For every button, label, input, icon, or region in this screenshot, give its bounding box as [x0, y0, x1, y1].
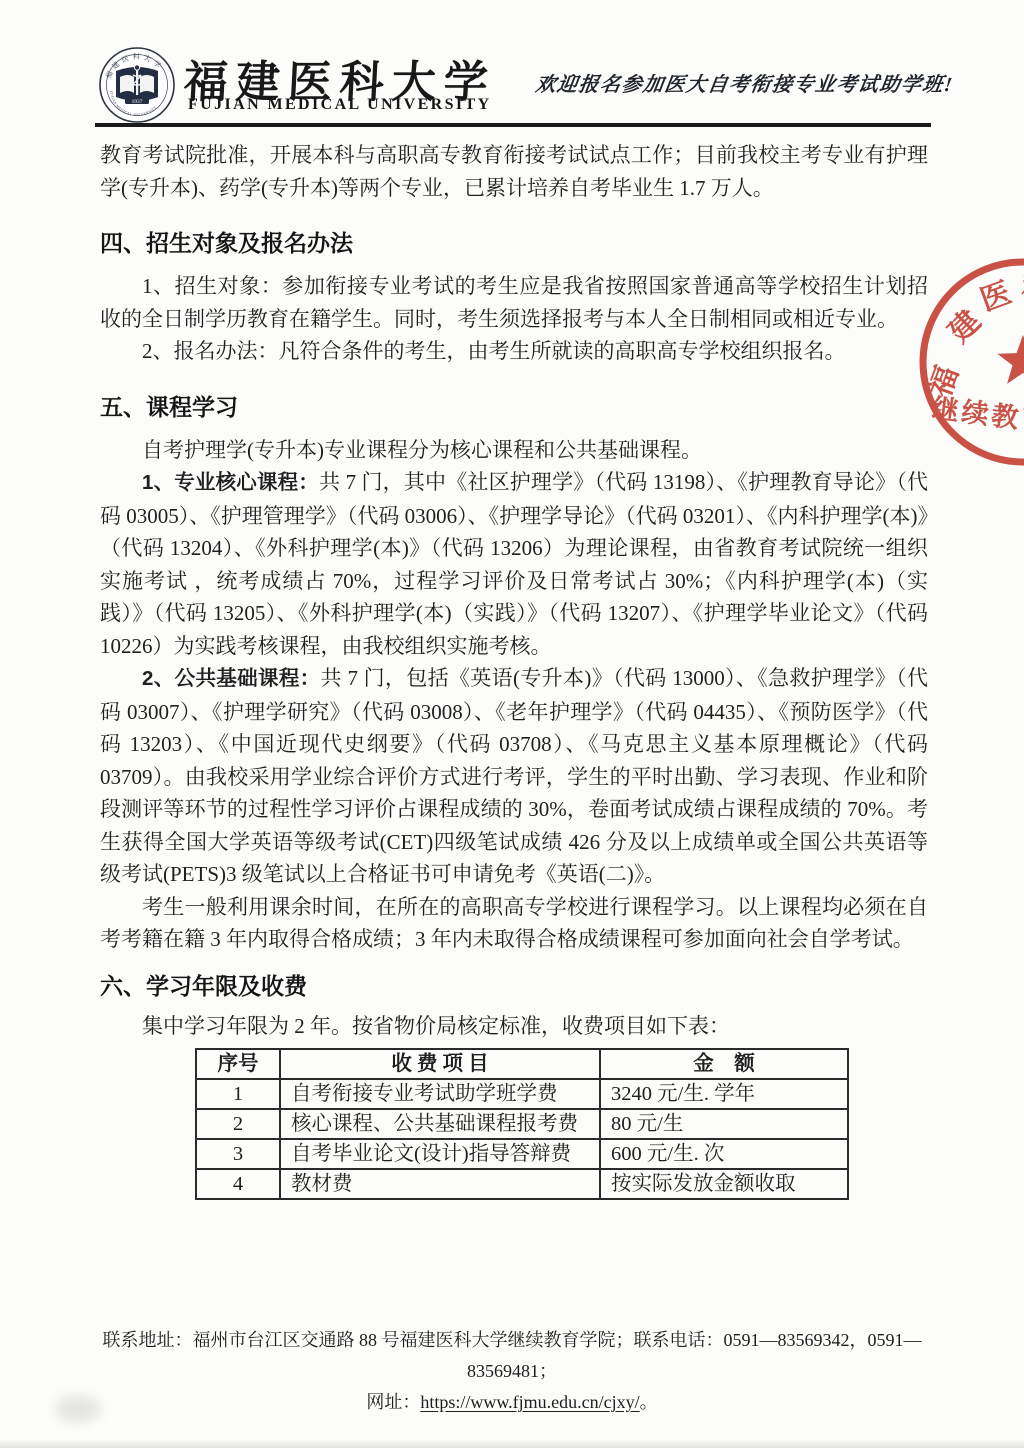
scanned-document-page: 福建医科大学 FUJIAN MEDICAL UNIVERSITY 1937 福建…	[0, 0, 1024, 1448]
fees-header-amount: 金 额	[600, 1049, 848, 1079]
section4-heading: 四、招生对象及报名办法	[100, 228, 928, 258]
table-row: 2 核心课程、公共基础课程报考费 80 元/生	[196, 1109, 848, 1139]
website-label: 网址：	[366, 1392, 420, 1412]
university-name-en: FUJIAN MEDICAL UNIVERSITY	[188, 96, 492, 114]
table-row: 4 教材费 按实际发放金额收取	[196, 1169, 848, 1199]
contact-line: 联系地址：福州市台江区交通路 88 号福建医科大学继续教育学院；联系电话：059…	[60, 1325, 964, 1387]
section5-paragraph-3: 考生一般利用课余时间，在所在的高职高专学校进行课程学习。以上课程均必须在自考考籍…	[100, 891, 928, 956]
contact-footer: 联系地址：福州市台江区交通路 88 号福建医科大学继续教育学院；联系电话：059…	[60, 1325, 964, 1418]
fee-item: 自考衔接专业考试助学班学费	[280, 1079, 600, 1109]
section5-public-paragraph: 2、公共基础课程：共 7 门，包括《英语(专升本)》（代码 13000）、《急救…	[100, 662, 928, 891]
fee-amount: 80 元/生	[600, 1109, 848, 1139]
fee-item: 教材费	[280, 1169, 600, 1199]
scan-artifact	[55, 1396, 101, 1422]
public-courses-body: 共 7 门，包括《英语(专升本)》（代码 13000）、《急救护理学》（代码 0…	[100, 666, 928, 886]
section4-paragraph-1: 1、招生对象：参加衔接专业考试的考生应是我省按照国家普通高等学校招生计划招收的全…	[100, 270, 928, 335]
fee-amount: 按实际发放金额收取	[600, 1169, 848, 1199]
document-body: 教育考试院批准，开展本科与高职高专教育衔接考试试点工作；目前我校主考专业有护理学…	[100, 139, 928, 1200]
fees-header-item: 收 费 项 目	[280, 1049, 600, 1079]
seal-ring-char: 建	[943, 304, 988, 349]
logo-year: 1937	[132, 99, 143, 105]
scan-artifact	[0, 1439, 1024, 1448]
fee-no: 2	[196, 1109, 280, 1139]
website-line: 网址：https://www.fjmu.edu.cn/cjxy/。	[60, 1387, 964, 1418]
fee-no: 3	[196, 1139, 280, 1169]
public-courses-lead: 2、公共基础课程：	[142, 667, 321, 690]
section6-heading: 六、学习年限及收费	[100, 971, 928, 1001]
seal-bottom-text: 继续教育	[930, 392, 1024, 437]
section6-intro: 集中学习年限为 2 年。按省物价局核定标准，收费项目如下表：	[100, 1010, 928, 1043]
seal-ring-char: 医	[976, 276, 1015, 317]
seal-ring-char: 科	[1020, 270, 1024, 306]
fee-item: 自考毕业论文(设计)指导答辩费	[280, 1139, 600, 1169]
section5-core-paragraph: 1、专业核心课程：共 7 门，其中《社区护理学》（代码 13198）、《护理教育…	[100, 466, 928, 662]
core-courses-body: 共 7 门，其中《社区护理学》（代码 13198）、《护理教育导论》（代码 03…	[100, 470, 928, 658]
fee-item: 核心课程、公共基础课程报考费	[280, 1109, 600, 1139]
seal-star-icon	[997, 335, 1024, 384]
fee-amount: 600 元/生. 次	[600, 1139, 848, 1169]
section5-intro: 自考护理学(专升本)专业课程分为核心课程和公共基础课程。	[100, 434, 928, 467]
fee-no: 4	[196, 1169, 280, 1199]
website-url: https://www.fjmu.edu.cn/cjxy/	[420, 1392, 639, 1412]
section4-paragraph-2: 2、报名办法：凡符合条件的考生，由考生所就读的高职高专学校组织报名。	[100, 335, 928, 368]
intro-paragraph: 教育考试院批准，开展本科与高职高专教育衔接考试试点工作；目前我校主考专业有护理学…	[100, 139, 928, 204]
section5-heading: 五、课程学习	[100, 392, 928, 422]
table-row: 1 自考衔接专业考试助学班学费 3240 元/生. 学年	[196, 1079, 848, 1109]
official-seal-stamp: 福 建 医 科 大 学 继续教育	[903, 249, 1024, 484]
header-slogan: 欢迎报名参加医大自考衔接专业考试助学班!	[534, 68, 956, 97]
core-courses-lead: 1、专业核心课程：	[142, 471, 319, 494]
fees-table: 序号 收 费 项 目 金 额 1 自考衔接专业考试助学班学费 3240 元/生.…	[195, 1048, 849, 1200]
letterhead-divider	[95, 123, 931, 127]
table-row: 3 自考毕业论文(设计)指导答辩费 600 元/生. 次	[196, 1139, 848, 1169]
fees-header-row: 序号 收 费 项 目 金 额	[196, 1049, 848, 1079]
university-seal-icon: 福建医科大学 FUJIAN MEDICAL UNIVERSITY 1937	[97, 45, 177, 125]
fees-header-no: 序号	[196, 1049, 280, 1079]
website-period: 。	[640, 1392, 658, 1412]
fee-no: 1	[196, 1079, 280, 1109]
fee-amount: 3240 元/生. 学年	[600, 1079, 848, 1109]
